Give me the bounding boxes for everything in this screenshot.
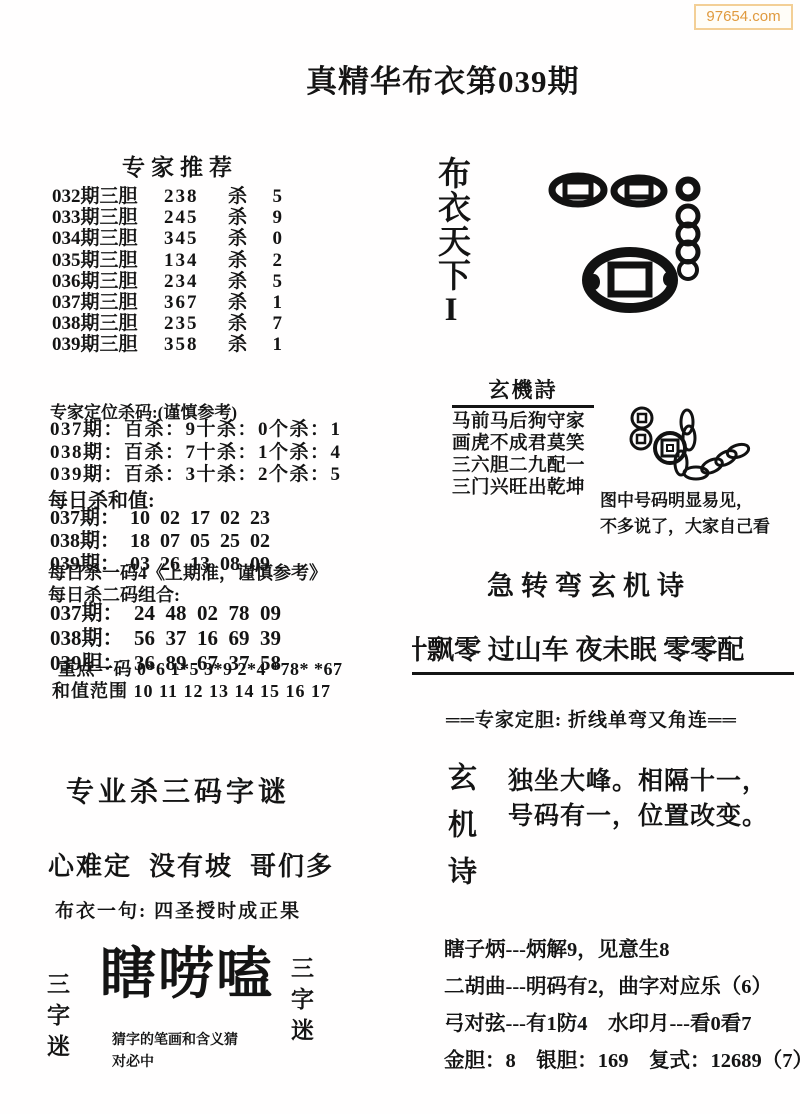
caption-line: 不多说了，大家自己看 [600, 514, 770, 540]
table-row: 036期三胆234杀5 [52, 271, 282, 292]
riddle-note-line: 猜字的笔画和含义猜 [112, 1030, 238, 1052]
position-kill-row: 038期：百杀：7十杀：1个杀：4 [50, 442, 342, 465]
kill-three-code-riddle-title: 专业杀三码字谜 [66, 770, 290, 810]
table-row: 037期三胆367杀1 [52, 292, 282, 313]
daily-sum-row: 037期： 10 02 17 02 23 [50, 507, 270, 530]
poem-line: 号码有一，位置改变。 [508, 799, 768, 834]
issue-cell: 037期三胆 [52, 292, 164, 313]
caption-line: 图中号码明显易见， [600, 488, 770, 514]
poem-line: 独坐大峰。相隔十一， [508, 764, 768, 799]
kill-num-cell: 9 [262, 207, 282, 228]
table-row: 033期三胆245杀9 [52, 207, 282, 228]
kill-num-cell: 0 [262, 228, 282, 249]
two-code-row: 038期： 56 37 16 69 39 [50, 626, 281, 651]
expert-recommend-title: 专家推荐 [122, 149, 238, 182]
position-kill-rows: 037期：百杀：9十杀：0个杀：1 038期：百杀：7十杀：1个杀：4 039期… [50, 419, 342, 487]
dan-cell: 234 [164, 271, 228, 292]
dan-cell: 367 [164, 292, 228, 313]
buyi-sentence: 布衣一句: 四圣授时成正果 [55, 896, 301, 923]
kill-label-cell: 杀 [228, 207, 262, 228]
xuanji-poem-title: 玄機詩 [452, 374, 594, 408]
clue-line: 弓对弦---有1防4 水印月---看0看7 [444, 1006, 800, 1043]
kill-label-cell: 杀 [228, 228, 262, 249]
issue-cell: 032期三胆 [52, 186, 164, 207]
dan-cell: 134 [164, 250, 228, 271]
table-row: 038期三胆235杀7 [52, 313, 282, 334]
sharp-turn-riddle-line: 叶飘零 过山车 夜未眠 零零配 [412, 628, 794, 675]
poem-line: 画虎不成君莫笑 [452, 433, 594, 455]
clue-line: 二胡曲---明码有2，曲字对应乐（6） [444, 969, 800, 1006]
poem-line: 马前马后狗守家 [452, 411, 594, 433]
kill-label-cell: 杀 [228, 334, 262, 355]
clue-line: 瞎子炳---炳解9，见意生8 [444, 932, 800, 969]
issue-cell: 033期三胆 [52, 207, 164, 228]
three-char-riddle-label-left: 三字迷 [40, 972, 73, 1065]
issue-cell: 034期三胆 [52, 228, 164, 249]
dan-cell: 238 [164, 186, 228, 207]
clue-line: 金胆：8 银胆：169 复式：12689（7） [444, 1043, 800, 1080]
page-title: 真精华布衣第039期 [306, 56, 580, 101]
xuanji-poem-vertical-title: 玄机诗 [440, 762, 481, 903]
buyi-tianxia-vertical-title: 布衣天下I [428, 156, 475, 329]
sum-range-line: 和值范围 10 11 12 13 14 15 16 17 [52, 677, 331, 703]
three-char-riddle-label-right: 三字迷 [284, 956, 317, 1049]
coin-puzzle-illustration [528, 158, 716, 323]
kill-label-cell: 杀 [228, 271, 262, 292]
kill-label-cell: 杀 [228, 186, 262, 207]
three-char-riddle-word: 瞎唠嗑 [100, 930, 274, 1010]
lottery-tip-sheet: 97654.com 真精华布衣第039期 专家推荐 032期三胆238杀5 03… [0, 0, 800, 1114]
table-row: 034期三胆345杀0 [52, 228, 282, 249]
bottom-clue-list: 瞎子炳---炳解9，见意生8 二胡曲---明码有2，曲字对应乐（6） 弓对弦--… [444, 932, 800, 1080]
table-row: 039期三胆358杀1 [52, 334, 282, 355]
dan-cell: 235 [164, 313, 228, 334]
riddle-clue-line: 心难定 没有坡 哥们多 [48, 846, 334, 883]
illustration-caption: 图中号码明显易见， 不多说了，大家自己看 [600, 488, 770, 540]
two-code-row: 037期： 24 48 02 78 09 [50, 601, 281, 626]
daily-sum-row: 038期： 18 07 05 25 02 [50, 530, 270, 553]
dan-cell: 345 [164, 228, 228, 249]
poem-line: 三六胆二九配一 [452, 455, 594, 477]
table-row: 035期三胆134杀2 [52, 250, 282, 271]
position-kill-row: 037期：百杀：9十杀：0个杀：1 [50, 419, 342, 442]
kill-label-cell: 杀 [228, 313, 262, 334]
table-row: 032期三胆238杀5 [52, 186, 282, 207]
issue-cell: 038期三胆 [52, 313, 164, 334]
issue-cell: 039期三胆 [52, 334, 164, 355]
kill-num-cell: 5 [262, 271, 282, 292]
riddle-note-line: 对必中 [112, 1052, 238, 1074]
sharp-turn-poem-title: 急转弯玄机诗 [487, 564, 691, 603]
xuanji-poem-box: 玄機詩 马前马后狗守家 画虎不成君莫笑 三六胆二九配一 三门兴旺出乾坤 [452, 374, 594, 499]
kill-label-cell: 杀 [228, 292, 262, 313]
kill-num-cell: 1 [262, 334, 282, 355]
kill-label-cell: 杀 [228, 250, 262, 271]
kill-num-cell: 5 [262, 186, 282, 207]
expert-dan-line: ══专家定胆: 折线单弯又角连══ [446, 705, 737, 732]
site-watermark-badge[interactable]: 97654.com [694, 4, 793, 30]
xuanji-poem-2: 独坐大峰。相隔十一， 号码有一，位置改变。 [508, 764, 768, 834]
issue-cell: 035期三胆 [52, 250, 164, 271]
poem-line: 三门兴旺出乾坤 [452, 477, 594, 499]
expert-recommend-table: 032期三胆238杀5 033期三胆245杀9 034期三胆345杀0 035期… [52, 186, 282, 356]
kill-num-cell: 7 [262, 313, 282, 334]
issue-cell: 036期三胆 [52, 271, 164, 292]
kill-num-cell: 2 [262, 250, 282, 271]
riddle-note: 猜字的笔画和含义猜 对必中 [112, 1030, 238, 1074]
kill-num-cell: 1 [262, 292, 282, 313]
dan-cell: 358 [164, 334, 228, 355]
bean-number-illustration [608, 385, 783, 493]
dan-cell: 245 [164, 207, 228, 228]
